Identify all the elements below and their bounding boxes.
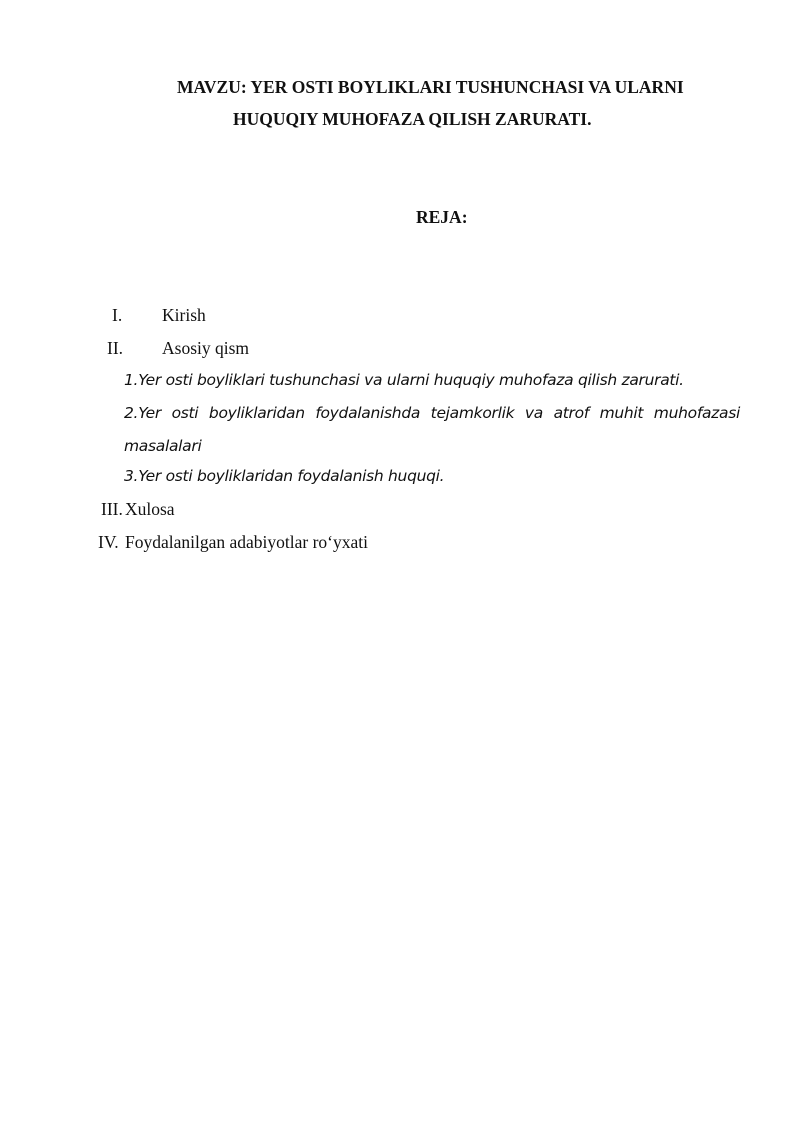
- subitem-3: 3.Yer osti boyliklaridan foydalanish huq…: [124, 467, 444, 485]
- plan-item-number: III.: [101, 499, 123, 520]
- plan-item-number: IV.: [98, 532, 119, 553]
- subitem-2-line-2: masalalari: [124, 437, 201, 455]
- plan-item-label: Foydalanilgan adabiyotlar ro‘yxati: [125, 532, 368, 553]
- subitem-2-line-1: 2.Yer osti boyliklaridan foydalanishda t…: [124, 404, 740, 422]
- plan-item-label: Kirish: [162, 305, 206, 326]
- plan-item-number: I.: [112, 305, 122, 326]
- plan-item-label: Asosiy qism: [162, 338, 249, 359]
- plan-item-number: II.: [107, 338, 123, 359]
- document-page: MAVZU: YER OSTI BOYLIKLARI TUSHUNCHASI V…: [0, 0, 800, 1131]
- plan-item-label: Xulosa: [125, 499, 175, 520]
- subitem-1: 1.Yer osti boyliklari tushunchasi va ula…: [124, 371, 684, 389]
- document-title-line-1: MAVZU: YER OSTI BOYLIKLARI TUSHUNCHASI V…: [177, 77, 684, 98]
- plan-heading: REJA:: [416, 207, 468, 228]
- document-title-line-2: HUQUQIY MUHOFAZA QILISH ZARURATI.: [233, 109, 591, 130]
